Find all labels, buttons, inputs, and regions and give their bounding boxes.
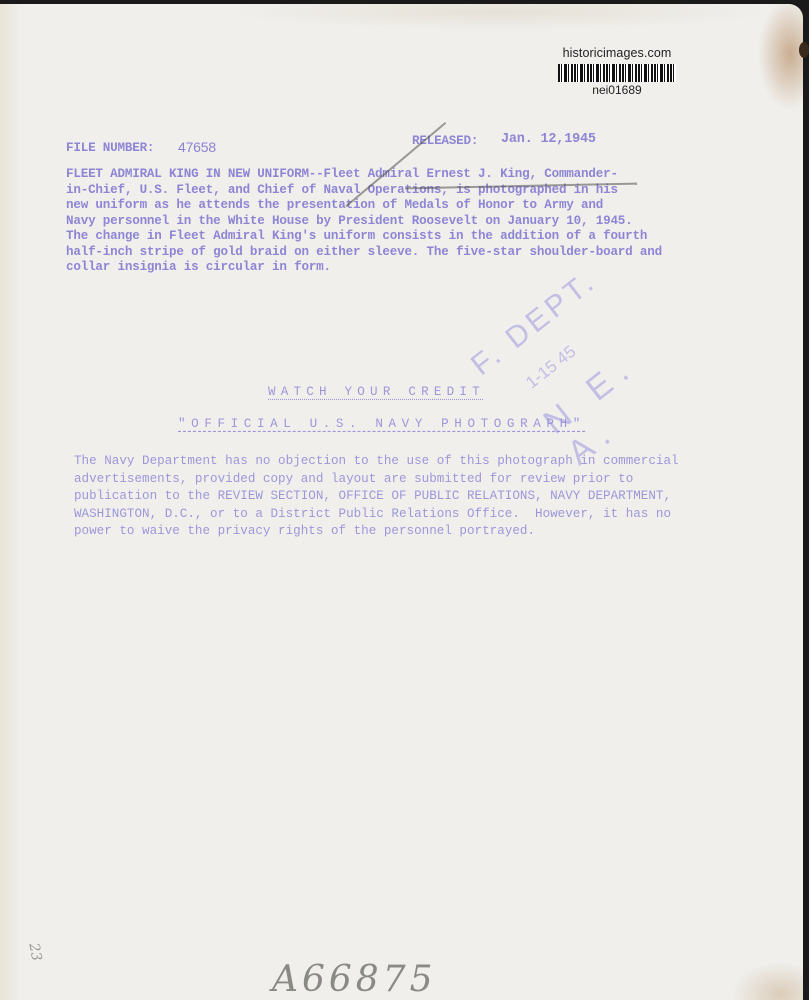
usage-notice: The Navy Department has no objection to … bbox=[74, 453, 679, 541]
file-number-label: FILE NUMBER: bbox=[66, 141, 154, 157]
stamp-initials: N E. A. bbox=[537, 308, 717, 473]
credit-heading: WATCH YOUR CREDIT bbox=[268, 385, 485, 401]
credit-subheading: "OFFICIAL U.S. NAVY PHOTOGRAPH" bbox=[178, 417, 586, 433]
stain-mark bbox=[799, 42, 809, 58]
watermark-id: nei01689 bbox=[537, 83, 697, 97]
pencil-side-mark: 23 bbox=[25, 942, 44, 962]
handwritten-number: A66875 bbox=[272, 962, 437, 998]
barcode-icon bbox=[558, 64, 676, 82]
file-number-value: 47658 bbox=[178, 140, 216, 156]
watermark-label: historicimages.com nei01689 bbox=[537, 46, 697, 102]
watermark-site: historicimages.com bbox=[537, 46, 697, 60]
released-date: Jan. 12,1945 bbox=[501, 132, 596, 148]
photo-back-paper: historicimages.com nei01689 FILE NUMBER:… bbox=[0, 4, 803, 1000]
stamp-dept-text: F. DEPT. bbox=[465, 264, 603, 382]
